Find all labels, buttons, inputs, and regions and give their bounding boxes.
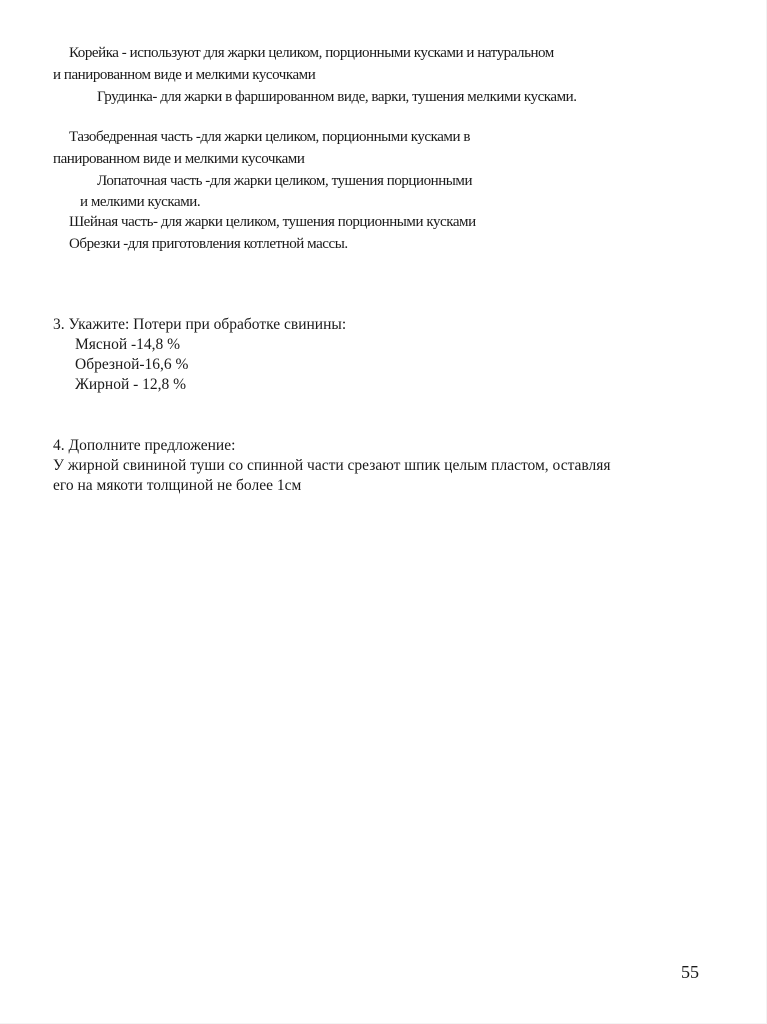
obrezki-line: Обрезки -для приготовления котлетной мас… — [69, 235, 348, 253]
loss-item-trim: Обрезной-16,6 % — [75, 356, 188, 374]
loss-item-meat: Мясной -14,8 % — [75, 336, 180, 354]
document-page: Корейка - используют для жарки целиком, … — [0, 0, 767, 1024]
koreyka-line-1: Корейка - используют для жарки целиком, … — [69, 44, 554, 62]
question-4-title: 4. Дополните предложение: — [53, 437, 235, 455]
question-4-line-2: его на мякоти толщиной не более 1см — [53, 477, 301, 495]
page-number: 55 — [681, 962, 699, 982]
grudinka-line: Грудинка- для жарки в фаршированном виде… — [97, 88, 577, 106]
lopatochnaya-line-2: и мелкими кусками. — [80, 193, 200, 211]
question-3-title: 3. Укажите: Потери при обработке свинины… — [53, 316, 346, 334]
tazobedrennaya-line-1: Тазобедренная часть -для жарки целиком, … — [69, 128, 470, 146]
koreyka-line-2: и панированном виде и мелкими кусочками — [53, 66, 315, 84]
tazobedrennaya-line-2: панированном виде и мелкими кусочками — [53, 150, 304, 168]
question-4-line-1: У жирной свининой туши со спинной части … — [53, 457, 611, 475]
loss-item-fat: Жирной - 12,8 % — [75, 376, 186, 394]
sheynaya-line: Шейная часть- для жарки целиком, тушения… — [69, 213, 476, 231]
lopatochnaya-line-1: Лопаточная часть -для жарки целиком, туш… — [97, 172, 472, 190]
